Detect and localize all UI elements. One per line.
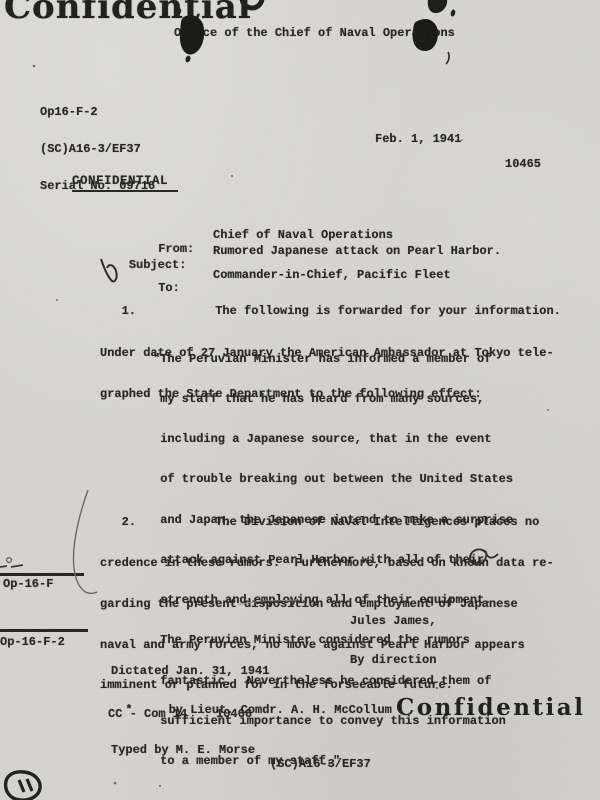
from-row: From: Chief of Naval Operations <box>115 229 194 242</box>
file-reference: (SC)A16-3/EF37 <box>270 758 371 772</box>
office-code-op-16-f: Op-16-F <box>3 578 53 592</box>
office-line: Office of the Chief of Naval Operations <box>174 27 455 41</box>
classification-label: CONFIDENTIAL <box>40 161 178 202</box>
subject-value: Rumored Japanese attack on Pearl Harbor. <box>213 245 501 259</box>
quote-line: my staff that he has heard from many sou… <box>153 393 513 406</box>
circled-mark <box>6 772 40 800</box>
page-number: 10465 <box>505 158 541 172</box>
quote-line: including a Japanese source, that in the… <box>153 433 513 446</box>
office-code-op-16-f-2: Op-16-F-2 <box>0 636 65 650</box>
bottom-confidential-stamp: Confidential <box>396 694 585 721</box>
subject-label: Subject: <box>129 258 187 272</box>
margin-rule <box>0 573 84 576</box>
quote-line: of trouble breaking out between the Unit… <box>153 473 513 486</box>
signature-name: Jules James, <box>350 615 436 628</box>
handwritten-margin-dashes <box>0 565 23 567</box>
body-line: garding the present disposition and empl… <box>100 598 554 612</box>
margin-rule <box>0 629 88 632</box>
dictated-line: Dictated Jan. 31, 1941 <box>111 665 392 678</box>
typed-by-line: Typed by M. E. Morse <box>111 744 392 757</box>
classification-text: CONFIDENTIAL <box>72 174 178 192</box>
body-line: credence in these rumors. Furthermore, b… <box>100 557 554 571</box>
body-line: 2. The Division of Naval Intelligences p… <box>100 516 554 530</box>
from-value: Chief of Naval Operations <box>213 229 393 242</box>
top-confidential-stamp: Confidential <box>4 0 252 27</box>
cc-distribution-line: CC - Com 14 10466 <box>108 708 252 722</box>
scanned-memo-page: Confidential Office of the Chief of Nava… <box>0 0 600 800</box>
date: Feb. 1, 1941 <box>375 133 461 147</box>
body-line: 1. The following is forwarded for your i… <box>100 305 561 319</box>
ref-line: Op16-F-2 <box>40 106 155 118</box>
ref-line: (SC)A16-3/EF37 <box>40 143 155 155</box>
quote-line: "The Peruvian Minister has informed a me… <box>153 353 513 366</box>
